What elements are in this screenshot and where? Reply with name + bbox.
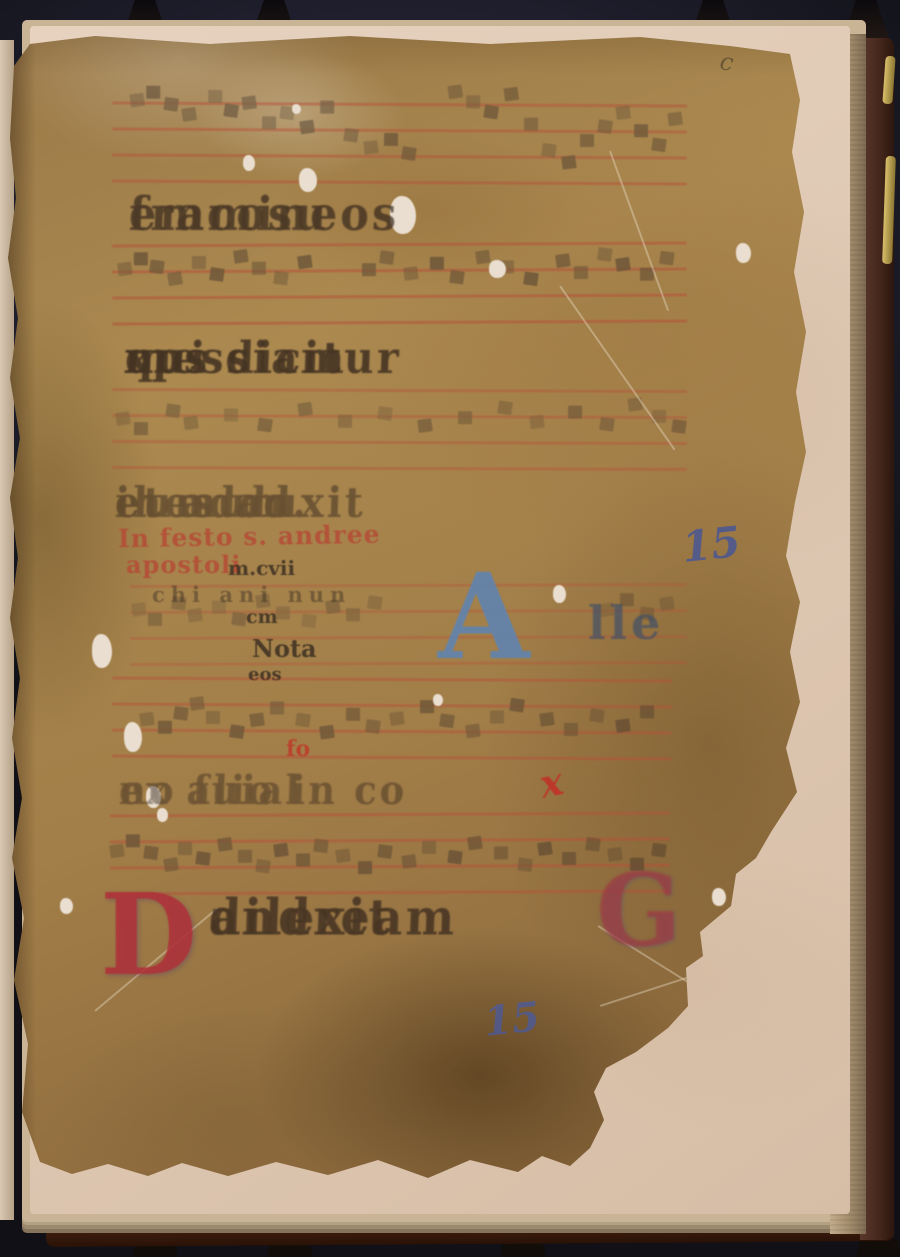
chant-word: ex alio in co: [118, 766, 408, 814]
chant-word: emmineos: [128, 188, 400, 242]
parchment-hole: [489, 260, 506, 278]
parchment-hole: [553, 585, 566, 603]
gutter-paper-edge: [0, 40, 14, 1220]
illuminated-initial-red-d: D: [100, 880, 197, 992]
later-addition-text: chi ani nun: [152, 582, 351, 607]
parchment-hole: [433, 694, 443, 706]
later-addition-text: cm: [246, 606, 278, 628]
chant-word: andream: [208, 888, 458, 946]
rubric-line: apostoli: [126, 550, 241, 579]
parchment-hole: [60, 898, 73, 914]
chant-word: ihesum.: [114, 478, 310, 528]
folio-number: 15: [482, 993, 542, 1046]
parchment-hole: [736, 243, 751, 263]
illuminated-initial-blue-a: A: [438, 558, 530, 676]
later-addition-text: Nota: [252, 634, 317, 663]
red-rubric-mark: fo: [286, 736, 310, 762]
chant-word: xps: [124, 332, 211, 384]
folio-number: 15: [680, 517, 743, 572]
parchment-hole: [292, 104, 301, 114]
parchment-hole: [712, 888, 726, 906]
parchment-hole: [124, 722, 142, 752]
stand-leg-icon: [856, 1239, 900, 1257]
illuminated-initial-red-g: G: [596, 860, 681, 960]
scratch-mark: [609, 151, 669, 311]
parchment-hole: [243, 155, 255, 171]
parchment-hole: [92, 634, 112, 668]
manuscript-photo: fracosu emmineos messiam qui dicitur xps…: [0, 0, 900, 1257]
rubric-line: In festo s. andree: [118, 520, 381, 554]
alleluia-letters: lle: [588, 596, 664, 650]
later-addition-text: eos: [248, 664, 282, 685]
scratch-mark: [559, 285, 675, 450]
later-addition-text: m.cvii: [228, 556, 295, 580]
